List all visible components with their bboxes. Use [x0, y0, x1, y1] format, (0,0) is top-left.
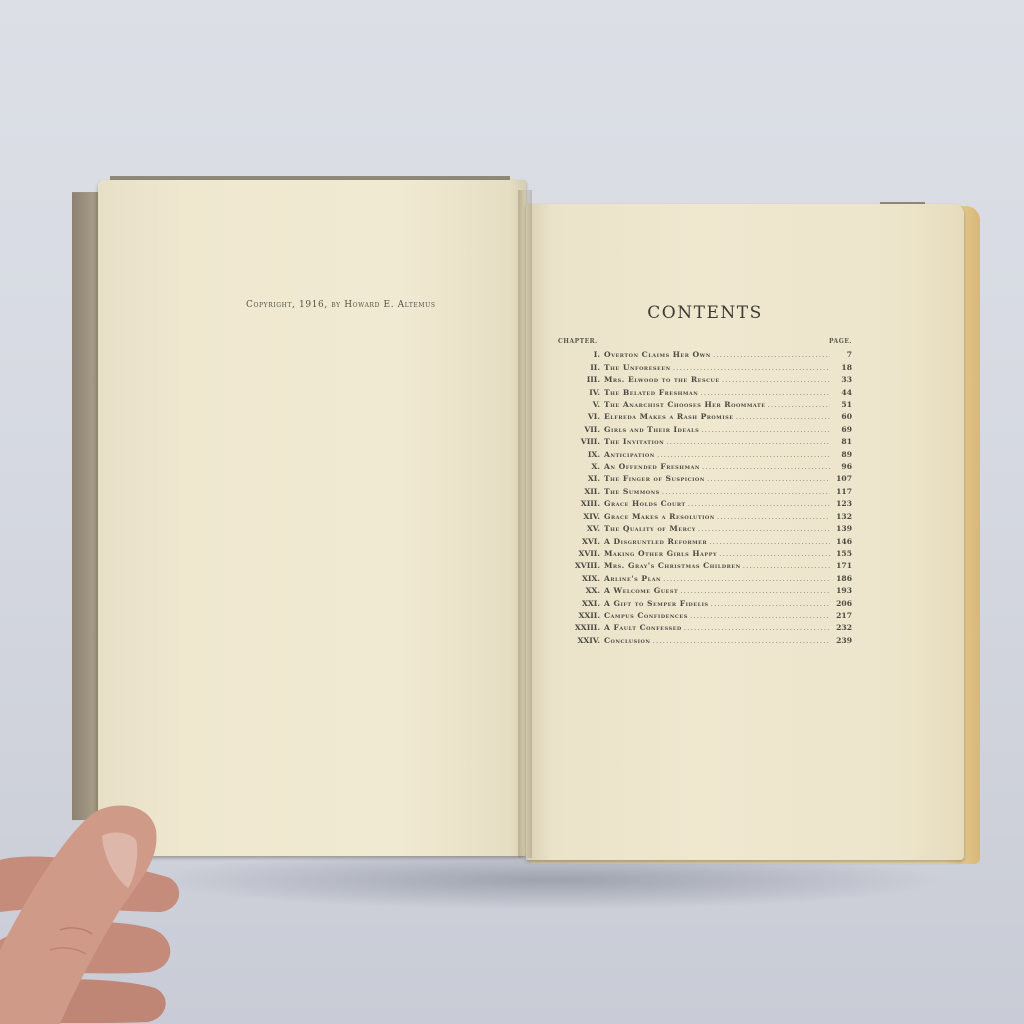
chapter-page-number: 155 — [832, 548, 852, 560]
chapter-page-number: 69 — [832, 424, 852, 436]
book-gutter — [518, 190, 532, 858]
chapter-page-number: 44 — [832, 387, 852, 399]
dot-leader — [688, 498, 830, 510]
toc-row: XIII.Grace Holds Court123 — [558, 498, 852, 510]
toc-row: XVIII.Mrs. Gray's Christmas Children171 — [558, 560, 852, 572]
chapter-title: Making Other Girls Happy — [604, 548, 717, 560]
dot-leader — [698, 523, 830, 535]
dot-leader — [709, 536, 830, 548]
toc-row: IV.The Belated Freshman44 — [558, 387, 852, 399]
dot-leader — [713, 349, 830, 361]
chapter-number: XV. — [558, 523, 604, 535]
chapter-number: XII. — [558, 486, 604, 498]
chapter-title: Mrs. Gray's Christmas Children — [604, 560, 741, 572]
dot-leader — [707, 473, 830, 485]
chapter-number: VI. — [558, 411, 604, 423]
chapter-number: II. — [558, 362, 604, 374]
toc-row: XV.The Quality of Mercy139 — [558, 523, 852, 535]
toc-row: X.An Offended Freshman96 — [558, 461, 852, 473]
toc-row: VII.Girls and Their Ideals69 — [558, 424, 852, 436]
toc-row: XIX.Arline's Plan186 — [558, 573, 852, 585]
dot-leader — [701, 424, 830, 436]
chapter-title: Conclusion — [604, 635, 650, 647]
chapter-title: Grace Makes a Resolution — [604, 511, 715, 523]
chapter-title: Mrs. Elwood to the Rescue — [604, 374, 720, 386]
chapter-page-number: 139 — [832, 523, 852, 535]
chapter-page-number: 18 — [832, 362, 852, 374]
chapter-number: XVI. — [558, 536, 604, 548]
dot-leader — [684, 622, 830, 634]
chapter-title: The Anarchist Chooses Her Roommate — [604, 399, 766, 411]
chapter-title: Grace Holds Court — [604, 498, 686, 510]
chapter-number: XVII. — [558, 548, 604, 560]
chapter-page-number: 123 — [832, 498, 852, 510]
dot-leader — [717, 511, 830, 523]
chapter-number: XVIII. — [558, 560, 604, 572]
dot-leader — [743, 560, 830, 572]
dot-leader — [711, 598, 830, 610]
chapter-page-number: 81 — [832, 436, 852, 448]
dot-leader — [666, 436, 830, 448]
chapter-title: A Welcome Guest — [604, 585, 678, 597]
toc-header-page: PAGE. — [829, 336, 852, 348]
toc-row: VI.Elfreda Makes a Rash Promise60 — [558, 411, 852, 423]
chapter-title: Campus Confidences — [604, 610, 688, 622]
chapter-number: XIV. — [558, 511, 604, 523]
toc-row: XII.The Summons117 — [558, 486, 852, 498]
dot-leader — [652, 635, 830, 647]
toc-row: XXI.A Gift to Semper Fidelis206 — [558, 598, 852, 610]
toc-row: XVII.Making Other Girls Happy155 — [558, 548, 852, 560]
chapter-page-number: 206 — [832, 598, 852, 610]
chapter-number: IX. — [558, 449, 604, 461]
chapter-title: Elfreda Makes a Rash Promise — [604, 411, 734, 423]
chapter-page-number: 51 — [832, 399, 852, 411]
chapter-title: Overton Claims Her Own — [604, 349, 711, 361]
left-page — [98, 180, 526, 856]
chapter-title: The Invitation — [604, 436, 664, 448]
toc-row: XXIV.Conclusion239 — [558, 635, 852, 647]
dot-leader — [673, 362, 830, 374]
chapter-page-number: 186 — [832, 573, 852, 585]
chapter-number: XXIV. — [558, 635, 604, 647]
chapter-title: Arline's Plan — [604, 573, 661, 585]
chapter-number: IV. — [558, 387, 604, 399]
chapter-number: V. — [558, 399, 604, 411]
dot-leader — [657, 449, 830, 461]
chapter-title: A Fault Confessed — [604, 622, 682, 634]
chapter-page-number: 89 — [832, 449, 852, 461]
toc-row: XXII.Campus Confidences217 — [558, 610, 852, 622]
contents-heading: CONTENTS — [600, 303, 810, 323]
chapter-number: VIII. — [558, 436, 604, 448]
chapter-page-number: 239 — [832, 635, 852, 647]
chapter-page-number: 132 — [832, 511, 852, 523]
chapter-page-number: 60 — [832, 411, 852, 423]
chapter-page-number: 171 — [832, 560, 852, 572]
chapter-number: I. — [558, 349, 604, 361]
chapter-title: An Offended Freshman — [604, 461, 700, 473]
copyright-line: Copyright, 1916, by Howard E. Altemus — [246, 300, 460, 310]
chapter-number: XXII. — [558, 610, 604, 622]
chapter-page-number: 193 — [832, 585, 852, 597]
chapter-page-number: 146 — [832, 536, 852, 548]
chapter-page-number: 7 — [832, 349, 852, 361]
toc-row: XI.The Finger of Suspicion107 — [558, 473, 852, 485]
chapter-title: The Unforeseen — [604, 362, 671, 374]
toc-row: II.The Unforeseen18 — [558, 362, 852, 374]
dot-leader — [719, 548, 830, 560]
toc-row: XXIII.A Fault Confessed232 — [558, 622, 852, 634]
chapter-number: XXIII. — [558, 622, 604, 634]
toc-row: XX.A Welcome Guest193 — [558, 585, 852, 597]
toc-row: XVI.A Disgruntled Reformer146 — [558, 536, 852, 548]
chapter-title: Girls and Their Ideals — [604, 424, 699, 436]
chapter-title: Anticipation — [604, 449, 655, 461]
chapter-number: XX. — [558, 585, 604, 597]
table-of-contents: CHAPTER. PAGE. I.Overton Claims Her Own7… — [558, 336, 852, 647]
hand-holding-page — [0, 800, 190, 1024]
toc-row: I.Overton Claims Her Own7 — [558, 349, 852, 361]
chapter-number: III. — [558, 374, 604, 386]
chapter-page-number: 117 — [832, 486, 852, 498]
dot-leader — [663, 573, 830, 585]
chapter-page-number: 107 — [832, 473, 852, 485]
chapter-number: XI. — [558, 473, 604, 485]
dot-leader — [690, 610, 830, 622]
chapter-title: A Disgruntled Reformer — [604, 536, 707, 548]
chapter-page-number: 232 — [832, 622, 852, 634]
toc-row: V.The Anarchist Chooses Her Roommate51 — [558, 399, 852, 411]
chapter-title: The Belated Freshman — [604, 387, 698, 399]
chapter-number: XIX. — [558, 573, 604, 585]
dot-leader — [662, 486, 830, 498]
dot-leader — [680, 585, 830, 597]
chapter-number: X. — [558, 461, 604, 473]
toc-row: III.Mrs. Elwood to the Rescue33 — [558, 374, 852, 386]
chapter-title: A Gift to Semper Fidelis — [604, 598, 709, 610]
chapter-number: XXI. — [558, 598, 604, 610]
chapter-page-number: 217 — [832, 610, 852, 622]
toc-header-chapter: CHAPTER. — [558, 336, 598, 348]
dot-leader — [722, 374, 830, 386]
toc-row: VIII.The Invitation81 — [558, 436, 852, 448]
dot-leader — [700, 387, 830, 399]
chapter-page-number: 96 — [832, 461, 852, 473]
dot-leader — [736, 411, 830, 423]
chapter-title: The Quality of Mercy — [604, 523, 696, 535]
chapter-title: The Summons — [604, 486, 660, 498]
chapter-number: XIII. — [558, 498, 604, 510]
chapter-title: The Finger of Suspicion — [604, 473, 705, 485]
chapter-number: VII. — [558, 424, 604, 436]
dot-leader — [702, 461, 830, 473]
chapter-page-number: 33 — [832, 374, 852, 386]
toc-row: IX.Anticipation89 — [558, 449, 852, 461]
toc-row: XIV.Grace Makes a Resolution132 — [558, 511, 852, 523]
toc-header: CHAPTER. PAGE. — [558, 336, 852, 348]
dot-leader — [768, 399, 830, 411]
